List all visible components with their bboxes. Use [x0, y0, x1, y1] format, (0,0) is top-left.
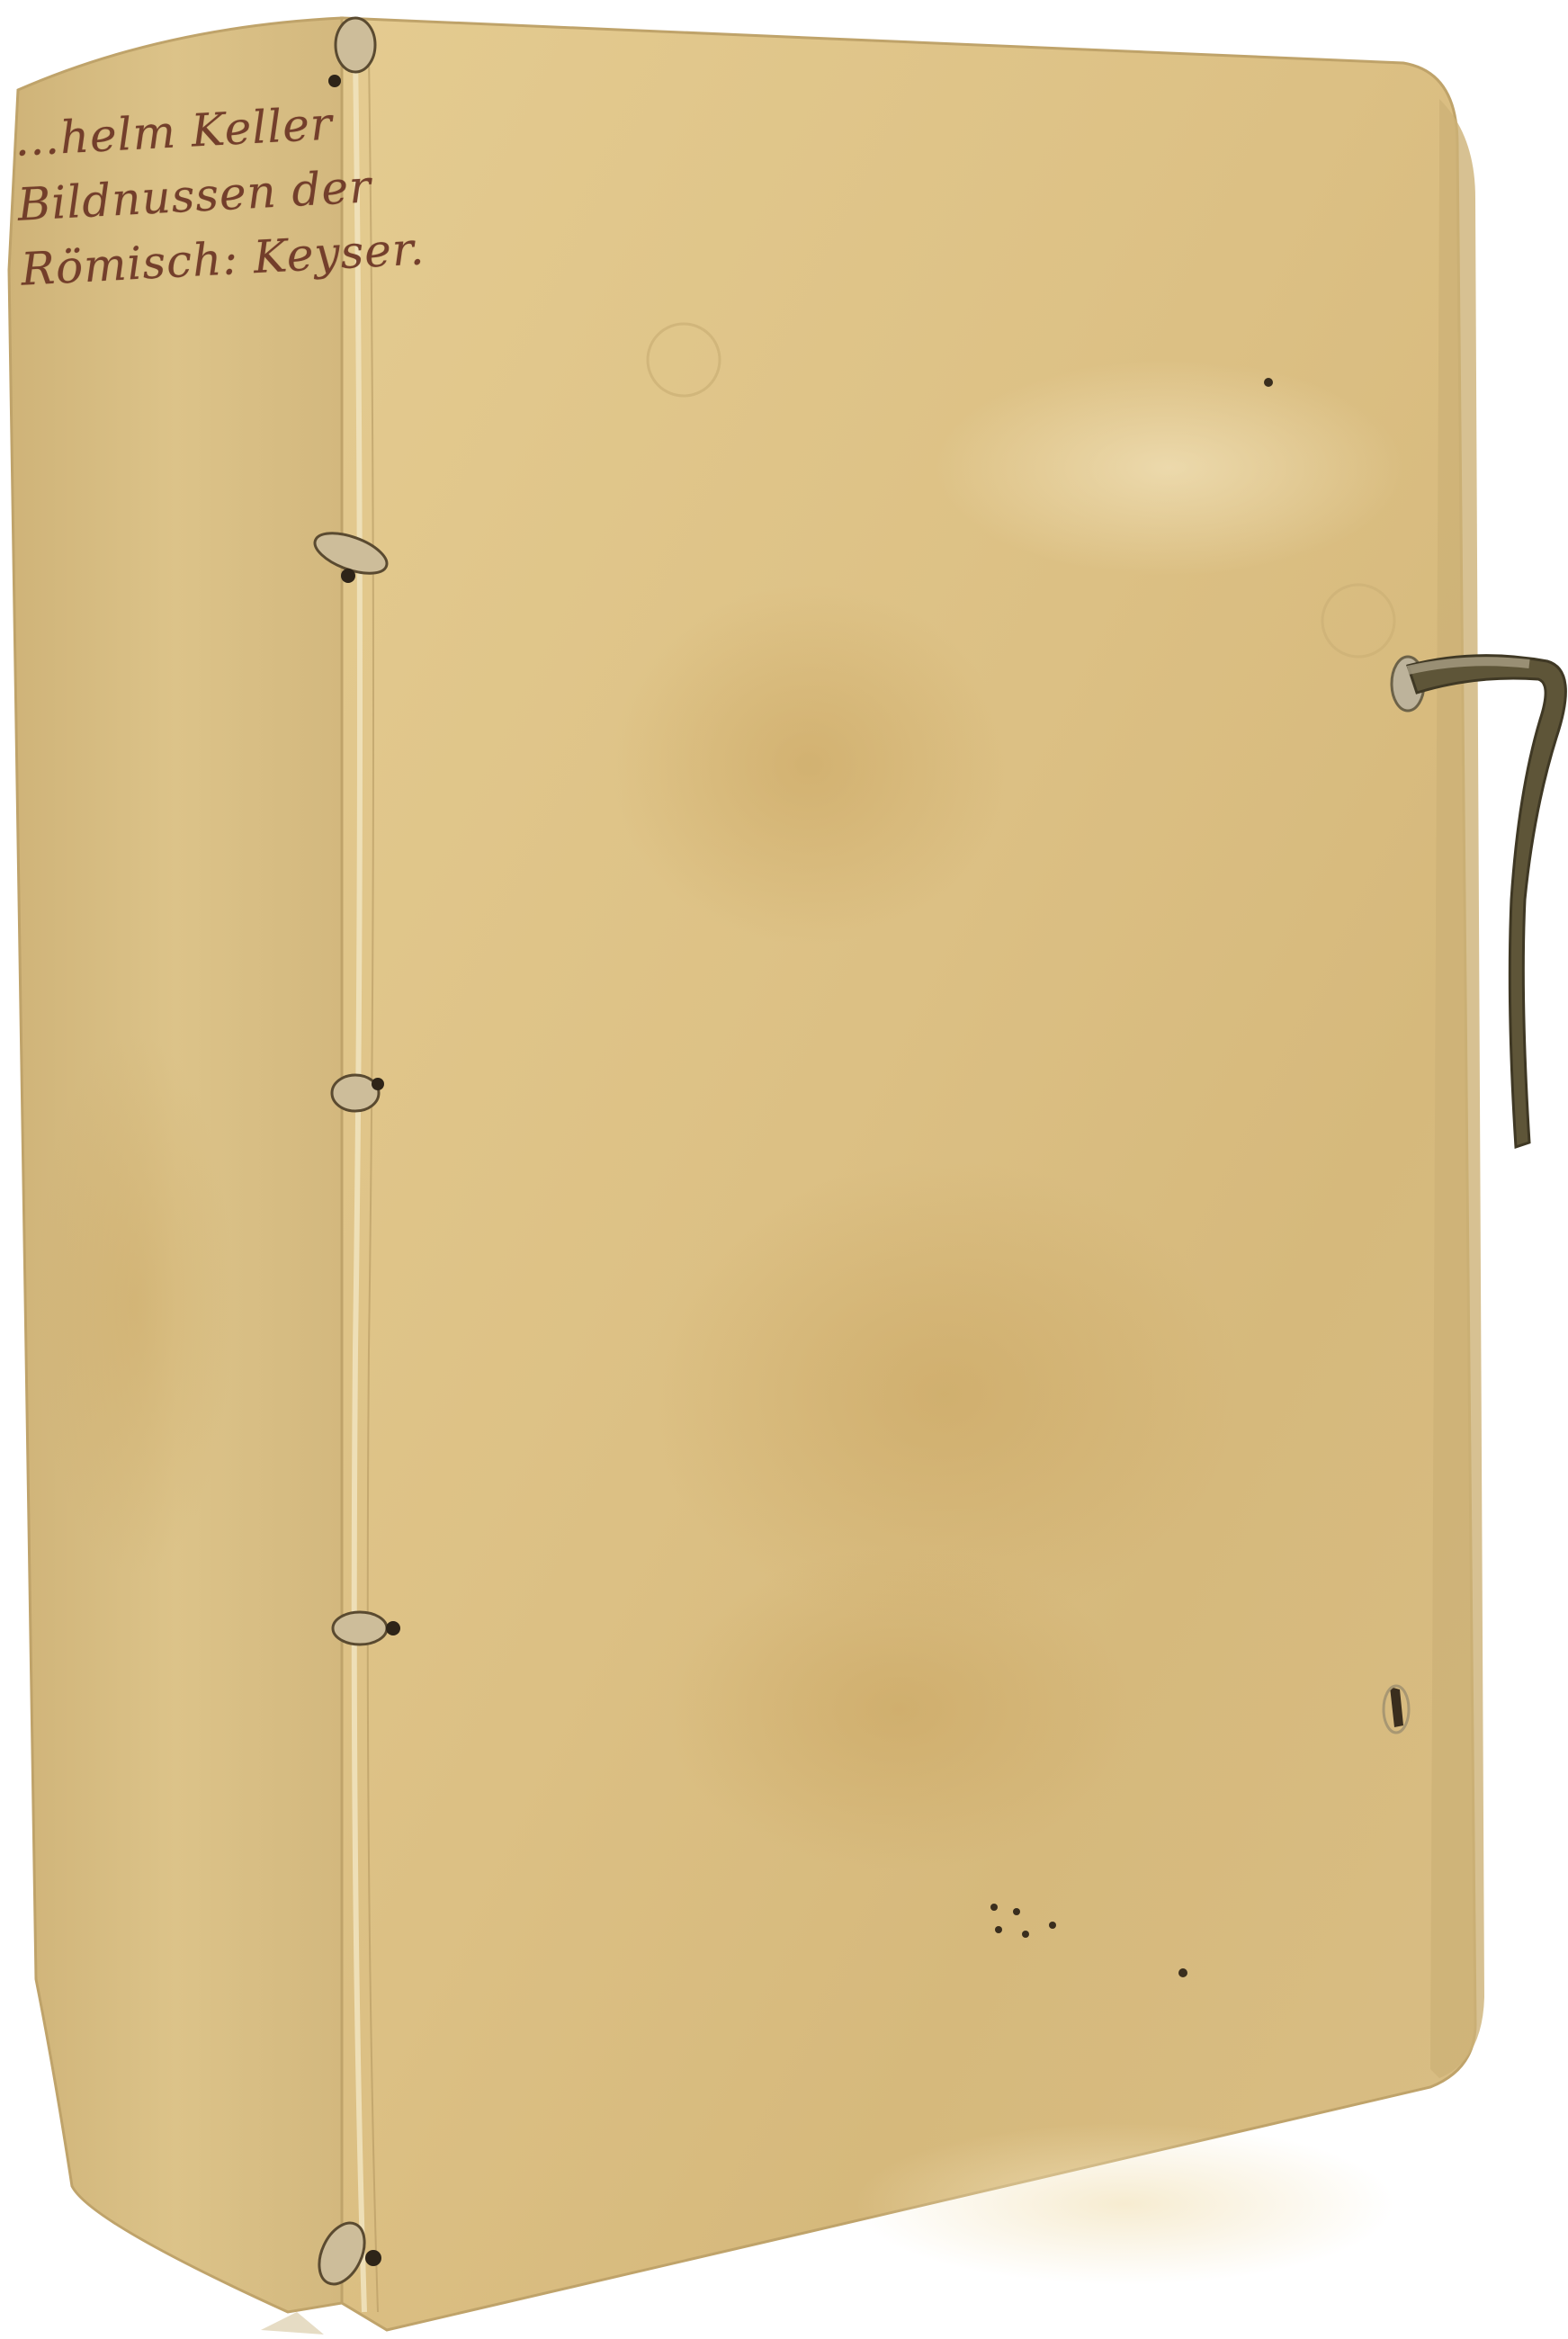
vellum-book: …helm Keller Bildnussen der Römisch: Key… [0, 0, 1568, 2339]
photo-scene: …helm Keller Bildnussen der Römisch: Key… [0, 0, 1568, 2339]
spine-title: …helm Keller Bildnussen der Römisch: Key… [13, 93, 319, 302]
book-illustration [0, 0, 1568, 2339]
